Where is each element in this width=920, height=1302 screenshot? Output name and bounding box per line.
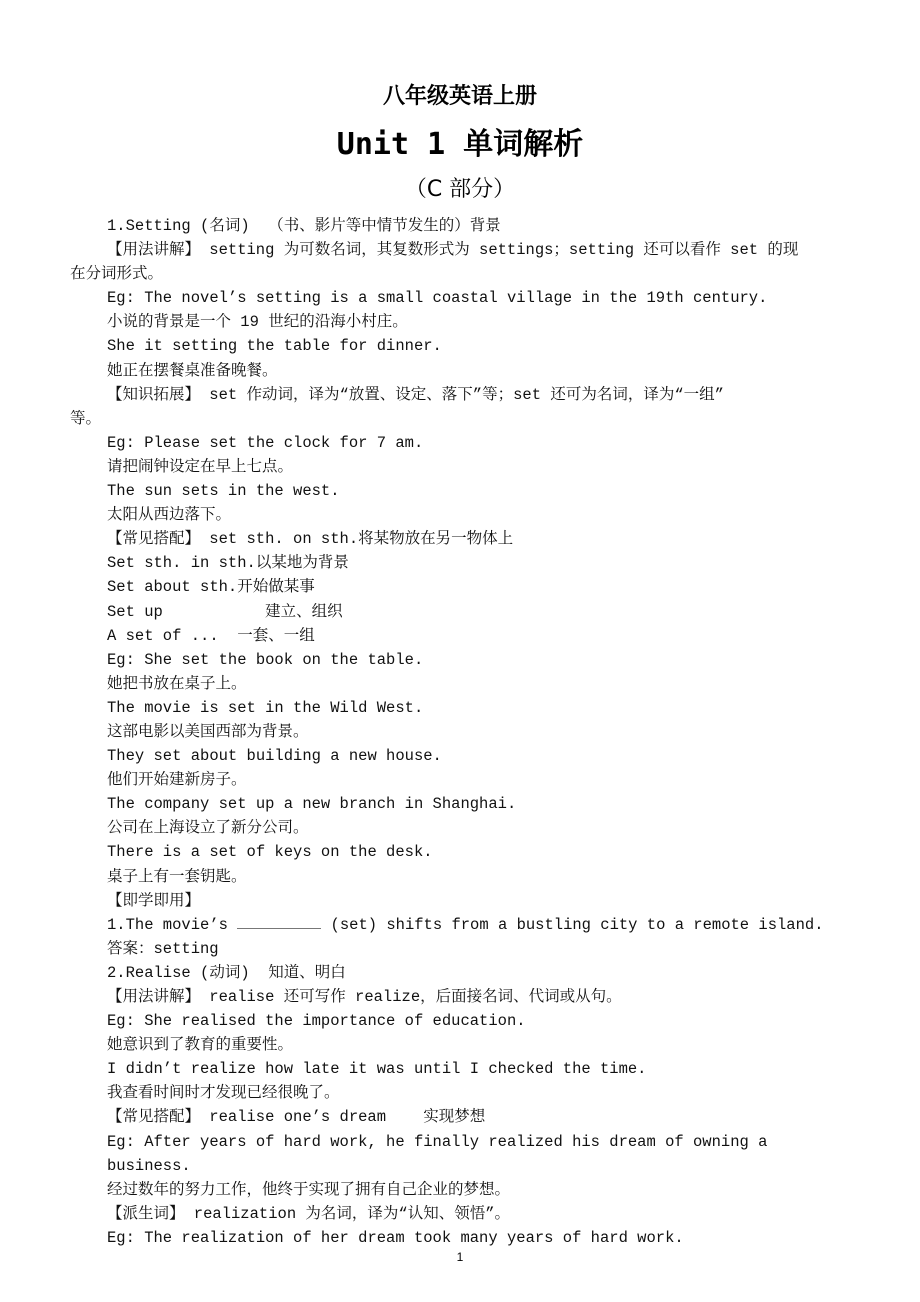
example-sentence: Eg: After years of hard work, he finally… <box>70 1130 860 1178</box>
example-translation: 她把书放在桌子上。 <box>70 672 860 696</box>
exercise-hint: (set) shifts from a bustling city to a r… <box>321 916 823 934</box>
collocation-phrase: A set of ... 一套、一组 <box>70 624 860 648</box>
example-translation: 她意识到了教育的重要性。 <box>70 1033 860 1057</box>
example-translation: 这部电影以美国西部为背景。 <box>70 720 860 744</box>
usage-note: 【用法讲解】 realise 还可写作 realize，后面接名词、代词或从句。 <box>70 985 860 1009</box>
fill-in-blank <box>237 914 321 929</box>
page-number: 1 <box>0 1250 920 1264</box>
unit-title: Unit 1 单词解析 <box>0 124 920 166</box>
exercise-question: 1.The movie’s (set) shifts from a bustli… <box>70 913 860 937</box>
example-sentence: Eg: Please set the clock for 7 am. <box>70 431 860 455</box>
usage-note-continued: 在分词形式。 <box>70 262 860 286</box>
collocation-phrase: Set sth. in sth.以某地为背景 <box>70 551 860 575</box>
part-title: （C 部分） <box>0 174 920 206</box>
derivative-note: 【派生词】 realization 为名词，译为“认知、领悟”。 <box>70 1202 860 1226</box>
document-body: 1.Setting (名词) （书、影片等中情节发生的）背景 【用法讲解】 se… <box>70 214 860 1250</box>
example-sentence: The sun sets in the west. <box>70 479 860 503</box>
example-translation: 公司在上海设立了新分公司。 <box>70 816 860 840</box>
example-sentence: Eg: The novel’s setting is a small coast… <box>70 286 860 310</box>
example-translation: 我查看时间时才发现已经很晚了。 <box>70 1081 860 1105</box>
grade-title: 八年级英语上册 <box>0 82 920 112</box>
example-sentence: Eg: The realization of her dream took ma… <box>70 1226 860 1250</box>
collocation-phrase: Set up 建立、组织 <box>70 600 860 624</box>
example-sentence: I didn’t realize how late it was until I… <box>70 1057 860 1081</box>
exercise-answer: 答案：setting <box>70 937 860 961</box>
practice-heading: 【即学即用】 <box>70 889 860 913</box>
example-translation: 太阳从西边落下。 <box>70 503 860 527</box>
document-page: 八年级英语上册 Unit 1 单词解析 （C 部分） 1.Setting (名词… <box>0 0 920 1302</box>
collocation-phrase: Set about sth.开始做某事 <box>70 575 860 599</box>
example-sentence: Eg: She realised the importance of educa… <box>70 1009 860 1033</box>
example-translation: 小说的背景是一个 19 世纪的沿海小村庄。 <box>70 310 860 334</box>
example-sentence: The movie is set in the Wild West. <box>70 696 860 720</box>
knowledge-extension-continued: 等。 <box>70 407 860 431</box>
example-sentence: There is a set of keys on the desk. <box>70 840 860 864</box>
word-heading-realise: 2.Realise (动词) 知道、明白 <box>70 961 860 985</box>
collocation-note: 【常见搭配】 set sth. on sth.将某物放在另一物体上 <box>70 527 860 551</box>
example-sentence: They set about building a new house. <box>70 744 860 768</box>
usage-note: 【用法讲解】 setting 为可数名词，其复数形式为 settings；set… <box>70 238 860 262</box>
exercise-prefix: 1.The movie’s <box>107 916 237 934</box>
collocation-note: 【常见搭配】 realise one’s dream 实现梦想 <box>70 1105 860 1129</box>
example-translation: 桌子上有一套钥匙。 <box>70 865 860 889</box>
example-sentence: The company set up a new branch in Shang… <box>70 792 860 816</box>
example-translation: 经过数年的努力工作，他终于实现了拥有自己企业的梦想。 <box>70 1178 860 1202</box>
example-translation: 她正在摆餐桌准备晚餐。 <box>70 359 860 383</box>
example-sentence: She it setting the table for dinner. <box>70 334 860 358</box>
example-sentence: Eg: She set the book on the table. <box>70 648 860 672</box>
example-translation: 他们开始建新房子。 <box>70 768 860 792</box>
knowledge-extension-note: 【知识拓展】 set 作动词，译为“放置、设定、落下”等；set 还可为名词，译… <box>70 383 860 407</box>
word-heading-setting: 1.Setting (名词) （书、影片等中情节发生的）背景 <box>70 214 860 238</box>
example-translation: 请把闹钟设定在早上七点。 <box>70 455 860 479</box>
